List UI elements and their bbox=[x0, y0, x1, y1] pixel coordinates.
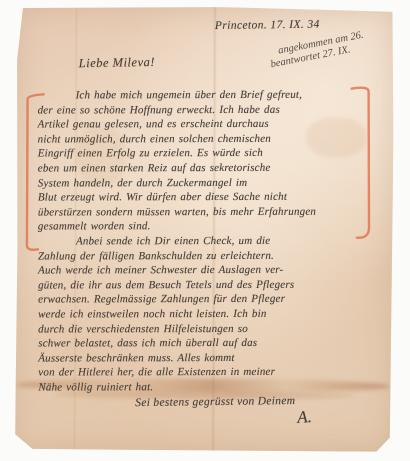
letter-line: Zahlung der fälligen Bankschulden zu erl… bbox=[38, 248, 390, 264]
letter-line: Blut erzeugt wird. Wir dürfen aber diese… bbox=[38, 190, 390, 206]
salutation: Liebe Mileva! bbox=[79, 55, 156, 71]
letter-line: erwachsen. Regelmässige Zahlungen für de… bbox=[38, 292, 390, 308]
archival-annotations: angekommen am 26. beantwortet 27. IX. bbox=[277, 30, 367, 70]
letter-line: güten, die ihr aus dem Besuch Tetels und… bbox=[38, 277, 390, 293]
closing-line: Sei bestens gegrüsst von Deinem bbox=[135, 395, 295, 409]
letter-line: Ich habe mich ungemein über den Brief ge… bbox=[38, 88, 390, 104]
letter-photo: Princeton. 17. IX. 34 angekommen am 26. … bbox=[0, 0, 410, 461]
letter-line: eben um einen starken Reiz auf das sekre… bbox=[38, 161, 390, 177]
dateline: Princeton. 17. IX. 34 bbox=[215, 19, 320, 32]
letter-line: gesammelt worden sind. bbox=[38, 219, 390, 235]
letter-body: Ich habe mich ungemein über den Brief ge… bbox=[38, 88, 391, 395]
letter-line: nicht unmöglich, durch einen solchen che… bbox=[38, 131, 390, 147]
letter-line: Eingriff einen Erfolg zu erzielen. Es wü… bbox=[38, 146, 390, 162]
letter-paper: Princeton. 17. IX. 34 angekommen am 26. … bbox=[15, 6, 394, 452]
signature: A. bbox=[297, 407, 313, 428]
letter-line: Auch werde ich meiner Schwester die Ausl… bbox=[38, 263, 390, 279]
letter-line: Anbei sende ich Dir einen Check, um die bbox=[38, 234, 390, 250]
letter-line: durch die verschiedensten Hilfeleistunge… bbox=[38, 321, 390, 337]
letter-line: Äusserste beschränken muss. Alles kommt bbox=[38, 350, 390, 366]
letter-line: schwer belastet, dass ich mich überall a… bbox=[38, 336, 390, 352]
letter-line: werde ich einstweilen noch nicht leisten… bbox=[38, 306, 390, 322]
letter-line: von der Hitlerei her, die alle Existenze… bbox=[38, 365, 390, 381]
letter-line: Nähe völlig ruiniert hat. bbox=[38, 379, 390, 395]
letter-line: der eine so schöne Hoffnung erweckt. Ich… bbox=[38, 102, 390, 118]
letter-line: überstürzen sondern müssen warten, bis m… bbox=[38, 204, 390, 220]
letter-line: System handeln, der durch Zuckermangel i… bbox=[38, 175, 390, 191]
letter-line: Artikel genau gelesen, und es erscheint … bbox=[38, 117, 390, 133]
